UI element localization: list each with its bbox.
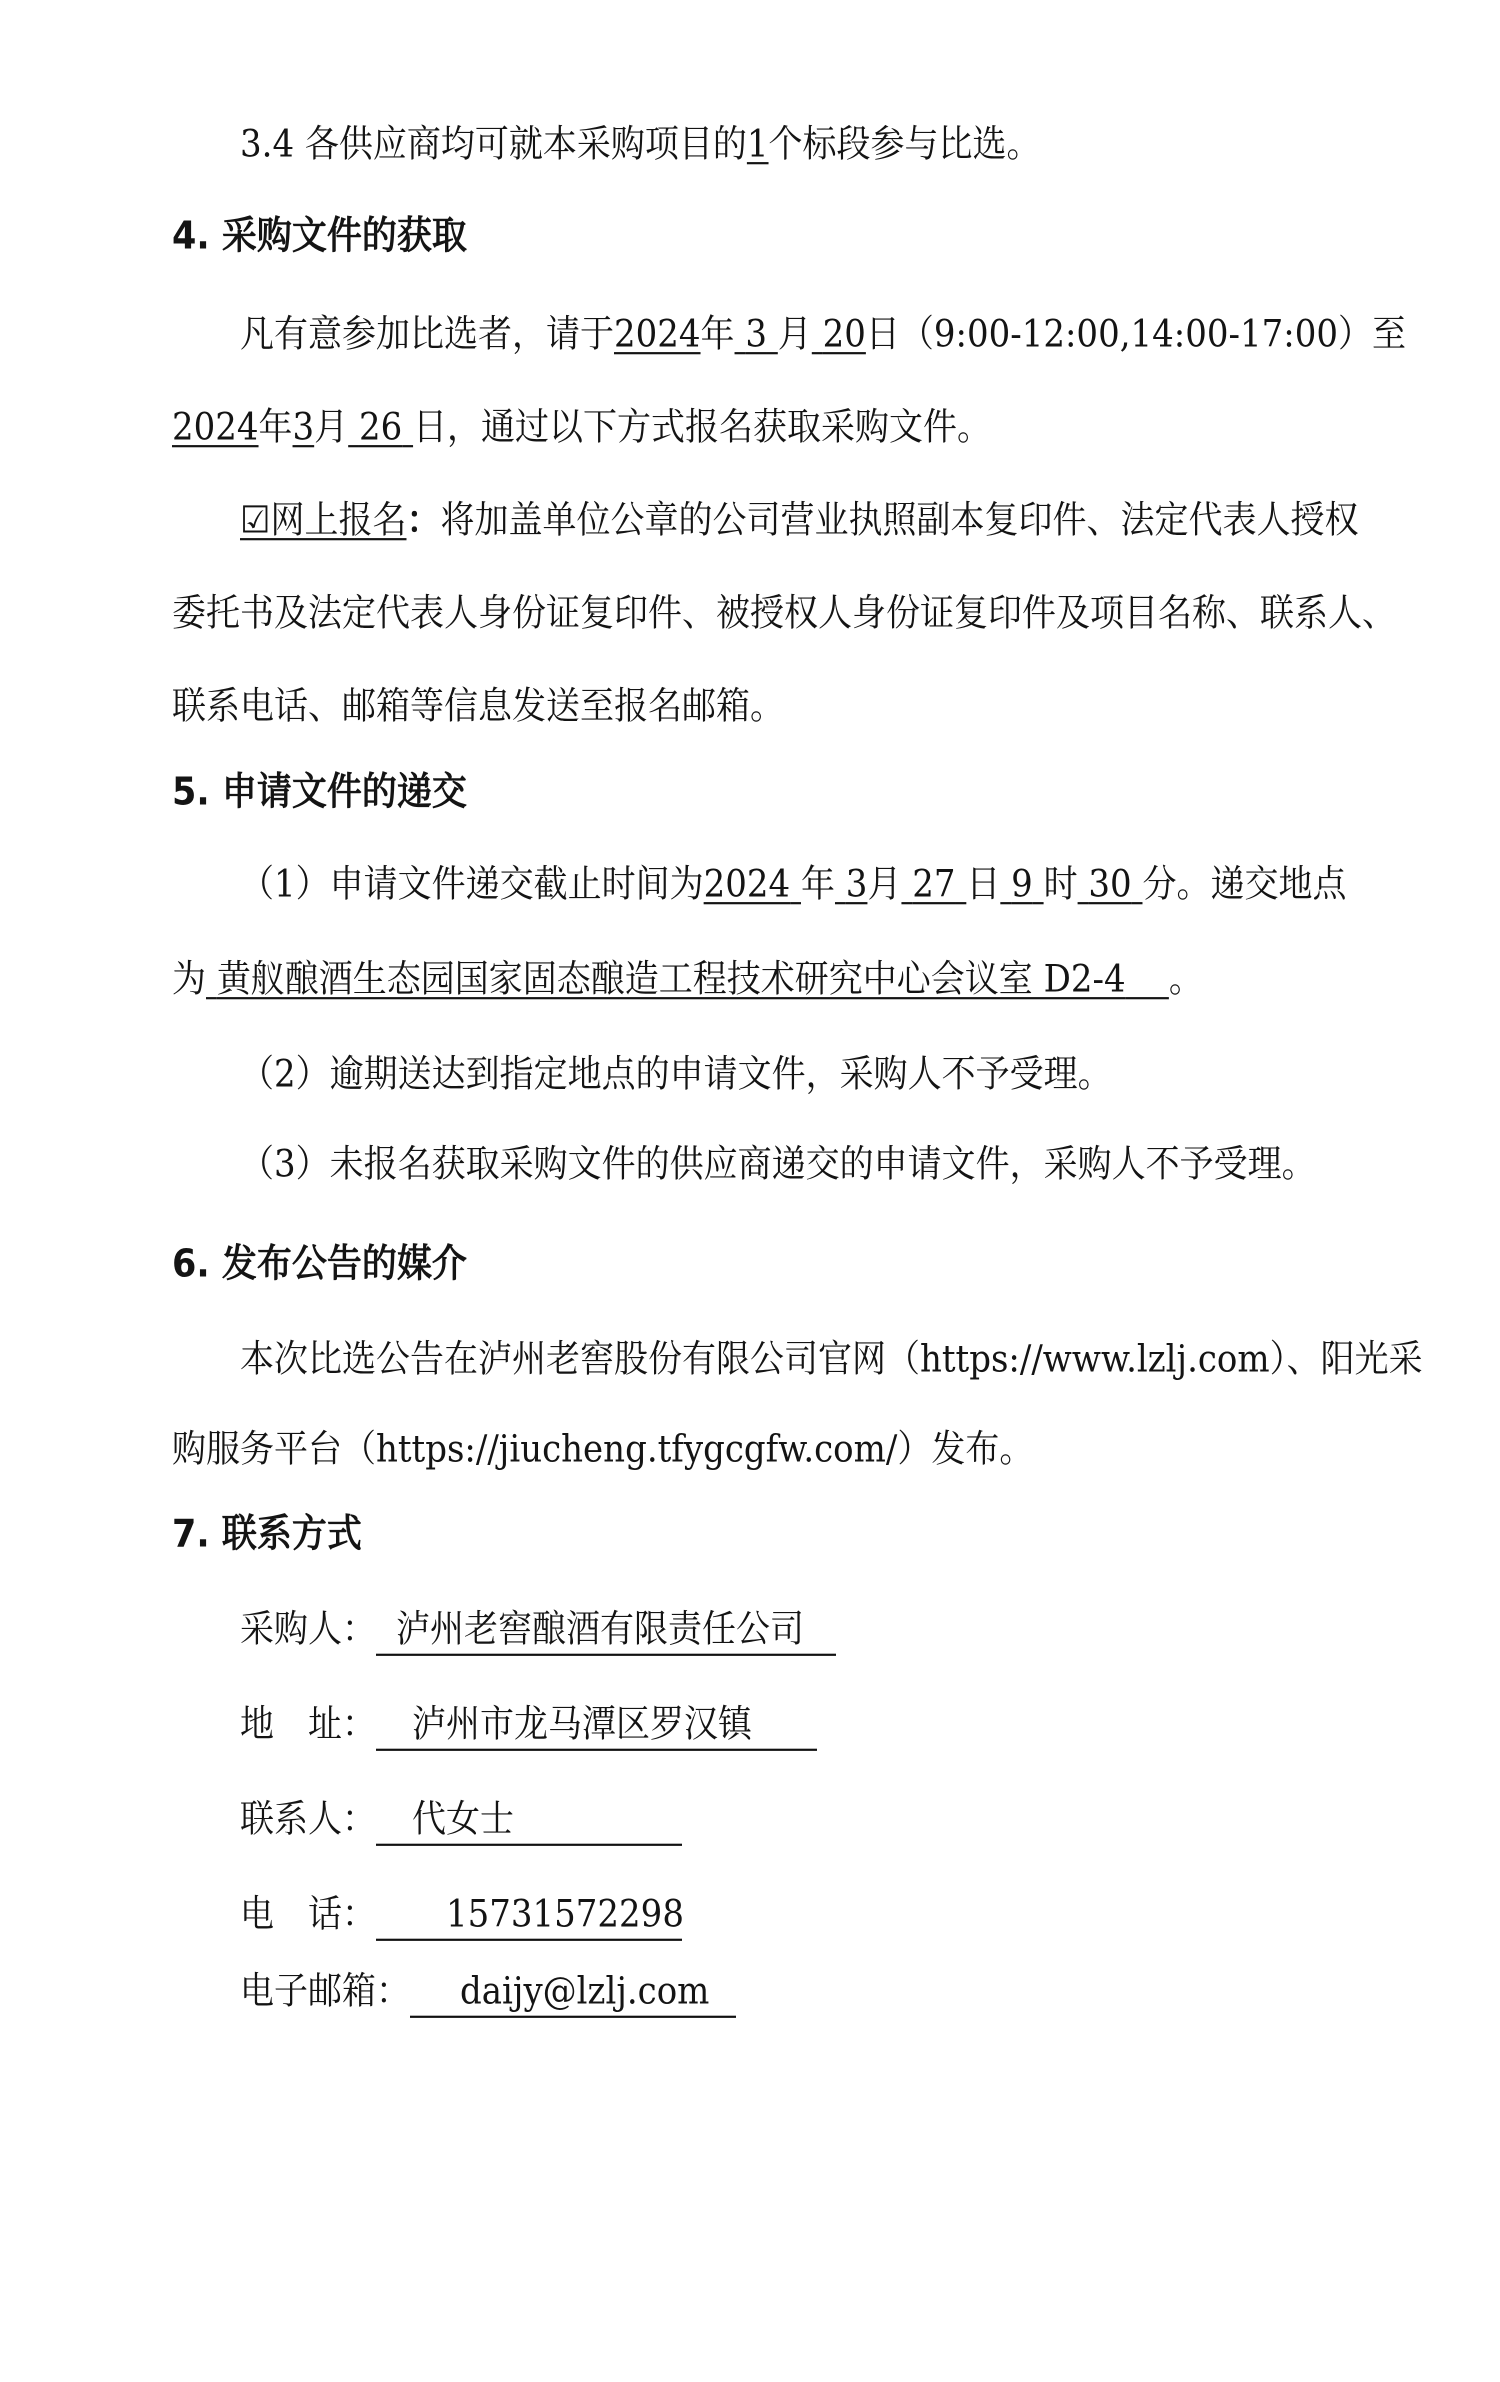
- publication-media-text-1: 本次比选公告在泸州老窖股份有限公司官网（https://www.lzlj.com…: [240, 1309, 1423, 1411]
- online-registration-label: 网上报名: [270, 498, 406, 542]
- section-7-heading-text: 7. 联系方式: [172, 1484, 362, 1586]
- month-unit: 月: [778, 312, 812, 356]
- deadline-minute: 30: [1088, 862, 1131, 906]
- acquisition-prefix: 凡有意参加比选者，请于: [240, 312, 614, 356]
- start-day: 20: [823, 312, 866, 356]
- contact-person-value: 代女士: [376, 1797, 682, 1845]
- colon: ：: [406, 498, 440, 542]
- deadline-month: 3: [846, 862, 868, 906]
- contact-email: 电子邮箱：daijy@lzlj.com: [240, 1946, 1400, 2039]
- deadline-day: 27: [912, 862, 955, 906]
- year-unit: 年: [801, 862, 835, 906]
- start-year: 2024: [614, 312, 701, 356]
- month-unit: 月: [867, 862, 901, 906]
- unregistered-supplier-clause: （3）未报名获取采购文件的供应商递交的申请文件，采购人不予受理。: [240, 1119, 1400, 1212]
- year-unit: 年: [701, 312, 735, 356]
- location-suffix: 。: [1169, 957, 1203, 1001]
- purchaser-label: 采购人：: [240, 1579, 376, 1681]
- online-registration-line-3: 联系电话、邮箱等信息发送至报名邮箱。: [172, 661, 1332, 754]
- day-unit: 日: [966, 862, 1000, 906]
- month-unit: 月: [314, 405, 348, 449]
- section-4-heading: 4. 采购文件的获取: [172, 191, 1332, 284]
- submission-location-line: 为 黄舣酿酒生态园国家固态酿造工程技术研究中心会议室 D2-4 。: [172, 934, 1332, 1027]
- deadline-year: 2024: [704, 862, 791, 906]
- deadline-hour: 9: [1011, 862, 1033, 906]
- email-label: 电子邮箱：: [240, 1941, 410, 2043]
- year-unit: 年: [259, 405, 293, 449]
- checked-checkbox-icon: ☑: [240, 498, 270, 542]
- contact-purchaser: 采购人：泸州老窖酿酒有限责任公司: [240, 1584, 1400, 1677]
- online-registration-line-1: ☑网上报名：将加盖单位公章的公司营业执照副本复印件、法定代表人授权: [240, 475, 1332, 568]
- end-month: 3: [293, 405, 315, 449]
- clause-3-4: 3.4 各供应商均可就本采购项目的1个标段参与比选。: [240, 99, 1400, 192]
- section-6-heading: 6. 发布公告的媒介: [172, 1219, 1332, 1312]
- clause-3-4-suffix: 个标段参与比选。: [769, 122, 1041, 166]
- deadline-prefix: （1）申请文件递交截止时间为: [240, 862, 704, 906]
- hour-unit: 时: [1044, 862, 1078, 906]
- online-registration-line-2: 委托书及法定代表人身份证复印件、被授权人身份证复印件及项目名称、联系人、: [172, 568, 1332, 661]
- unregistered-supplier-text: （3）未报名获取采购文件的供应商递交的申请文件，采购人不予受理。: [240, 1114, 1316, 1216]
- late-submission-text: （2）逾期送达到指定地点的申请文件，采购人不予受理。: [240, 1024, 1112, 1126]
- end-day: 26: [359, 405, 402, 449]
- acquisition-suffix: 日，通过以下方式报名获取采购文件。: [413, 405, 991, 449]
- location-prefix: 为: [172, 957, 206, 1001]
- contact-address: 地 址：泸州市龙马潭区罗汉镇: [240, 1679, 1400, 1772]
- start-month: 3: [745, 312, 767, 356]
- publication-media-line-1: 本次比选公告在泸州老窖股份有限公司官网（https://www.lzlj.com…: [240, 1314, 1332, 1407]
- section-5-heading-text: 5. 申请文件的递交: [172, 742, 467, 844]
- acquisition-period-line-2: 2024年3月 26 日，通过以下方式报名获取采购文件。: [172, 382, 1332, 475]
- address-label: 地 址：: [240, 1674, 376, 1776]
- section-5-heading: 5. 申请文件的递交: [172, 747, 1332, 840]
- office-hours: （9:00-12:00,14:00-17:00）至: [900, 312, 1406, 356]
- day-unit: 日: [866, 312, 900, 356]
- phone-value: 15731572298: [376, 1892, 682, 1940]
- contact-person: 联系人：代女士: [240, 1774, 1400, 1867]
- purchaser-value: 泸州老窖酿酒有限责任公司: [376, 1607, 836, 1655]
- end-year: 2024: [172, 405, 259, 449]
- section-6-heading-text: 6. 发布公告的媒介: [172, 1214, 467, 1316]
- clause-3-4-prefix: 3.4 各供应商均可就本采购项目的: [240, 122, 747, 166]
- document-page: 3.4 各供应商均可就本采购项目的1个标段参与比选。 4. 采购文件的获取 凡有…: [0, 0, 1500, 2382]
- submission-location: 黄舣酿酒生态园国家固态酿造工程技术研究中心会议室 D2-4: [217, 957, 1126, 1001]
- address-value: 泸州市龙马潭区罗汉镇: [376, 1702, 817, 1750]
- section-7-heading: 7. 联系方式: [172, 1489, 1332, 1582]
- acquisition-period-line-1: 凡有意参加比选者，请于2024年 3 月 20日（9:00-12:00,14:0…: [240, 289, 1332, 382]
- online-registration-text-2: 委托书及法定代表人身份证复印件、被授权人身份证复印件及项目名称、联系人、: [172, 563, 1396, 665]
- lot-count: 1: [747, 122, 769, 166]
- submission-deadline-line: （1）申请文件递交截止时间为2024 年 3月 27 日 9 时 30 分。递交…: [240, 839, 1332, 932]
- contact-person-label: 联系人：: [240, 1769, 376, 1871]
- online-registration-text-1: 将加盖单位公章的公司营业执照副本复印件、法定代表人授权: [440, 498, 1358, 542]
- minute-unit: 分。递交地点: [1142, 862, 1346, 906]
- late-submission-clause: （2）逾期送达到指定地点的申请文件，采购人不予受理。: [240, 1029, 1400, 1122]
- email-value: daijy@lzlj.com: [410, 1969, 736, 2017]
- section-4-heading-text: 4. 采购文件的获取: [172, 186, 467, 288]
